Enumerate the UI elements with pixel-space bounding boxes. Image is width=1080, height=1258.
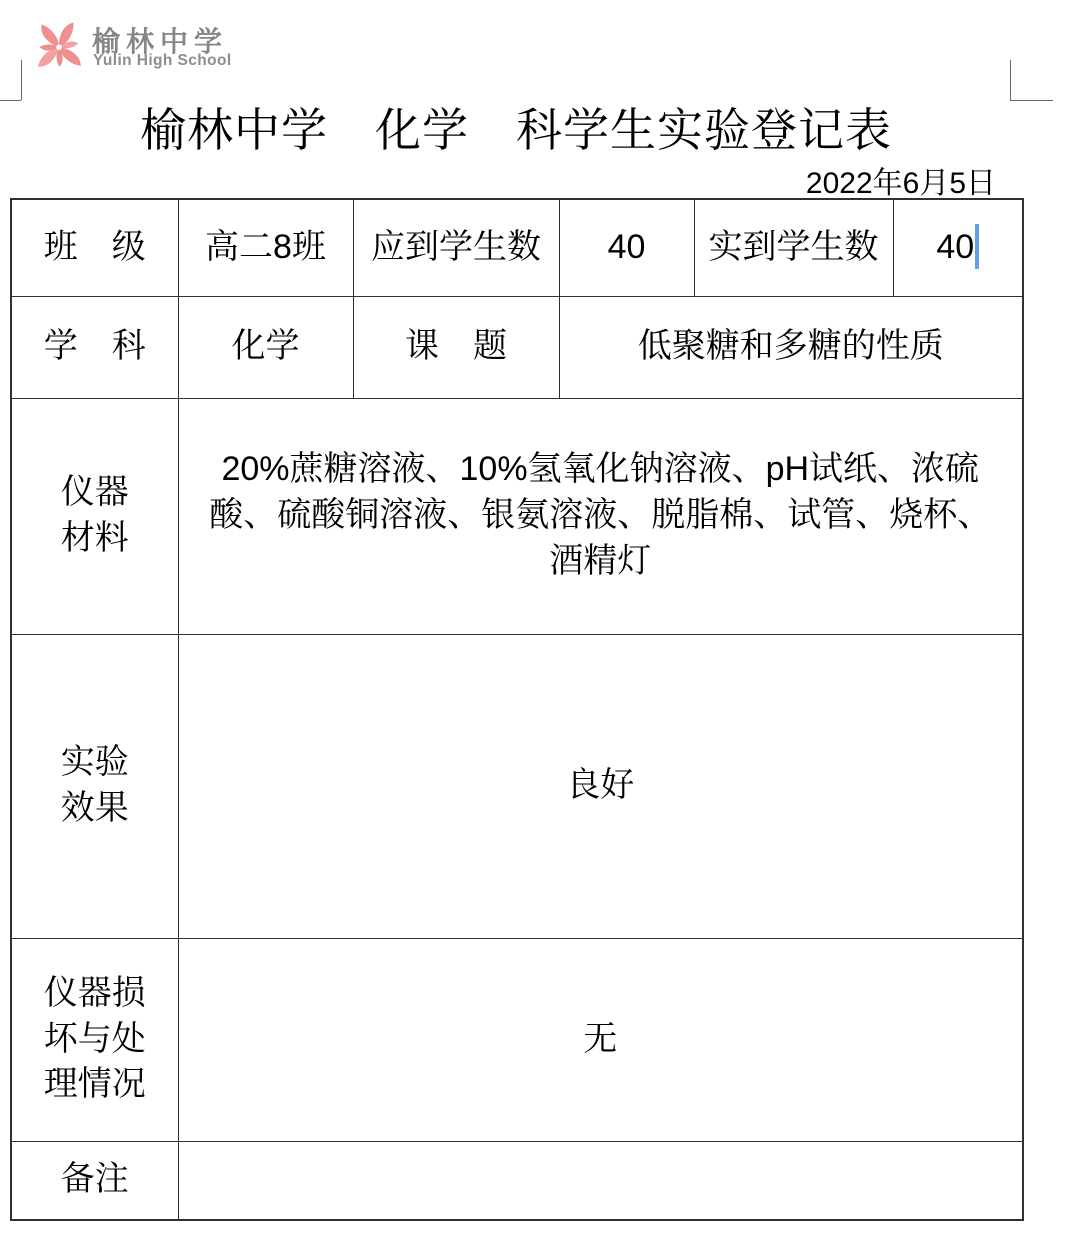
margin-mark-left-horizontal	[0, 100, 21, 101]
page-title: 榆林中学 化学 科学生实验登记表	[22, 94, 1010, 160]
subject-label-cell: 学 科	[11, 296, 178, 398]
remarks-label-cell: 备注	[11, 1141, 178, 1220]
topic-label-cell: 课 题	[353, 296, 559, 398]
expected-students-value-cell[interactable]: 40	[559, 199, 694, 296]
margin-mark-right-horizontal	[1010, 100, 1053, 101]
document-date: 2022年6月5日	[22, 158, 996, 202]
table-row-class: 班 级 高二8班 应到学生数 40 实到学生数 40	[11, 199, 1023, 296]
actual-students-value-cell[interactable]: 40	[893, 199, 1023, 296]
school-name-english: Yulin High School	[93, 52, 232, 70]
materials-label-cell: 仪器 材料	[11, 398, 178, 634]
margin-mark-right-vertical	[1010, 60, 1011, 100]
class-value-cell[interactable]: 高二8班	[178, 199, 353, 296]
school-logo-pinwheel-icon	[28, 14, 90, 78]
subject-value-cell[interactable]: 化学	[178, 296, 353, 398]
actual-students-label-cell: 实到学生数	[694, 199, 893, 296]
materials-value-cell[interactable]: 20%蔗糖溶液、10%氢氧化钠溶液、pH试纸、浓硫 酸、硫酸铜溶液、银氨溶液、脱…	[178, 398, 1023, 634]
remarks-value-cell[interactable]	[178, 1141, 1023, 1220]
effect-label-cell: 实验 效果	[11, 634, 178, 938]
class-label-cell: 班 级	[11, 199, 178, 296]
text-caret	[975, 224, 979, 269]
table-row-materials: 仪器 材料 20%蔗糖溶液、10%氢氧化钠溶液、pH试纸、浓硫 酸、硫酸铜溶液、…	[11, 398, 1023, 634]
topic-value-cell[interactable]: 低聚糖和多糖的性质	[559, 296, 1023, 398]
table-row-remarks: 备注	[11, 1141, 1023, 1220]
experiment-registration-table: 班 级 高二8班 应到学生数 40 实到学生数 40 学 科 化学 课 题 低聚…	[10, 198, 1024, 1221]
expected-students-label-cell: 应到学生数	[353, 199, 559, 296]
damage-label-cell: 仪器损 坏与处 理情况	[11, 938, 178, 1141]
actual-students-value: 40	[936, 228, 974, 266]
table-row-damage: 仪器损 坏与处 理情况 无	[11, 938, 1023, 1141]
table-row-effect: 实验 效果 良好	[11, 634, 1023, 938]
effect-value-cell[interactable]: 良好	[178, 634, 1023, 938]
damage-value-cell[interactable]: 无	[178, 938, 1023, 1141]
table-row-subject: 学 科 化学 课 题 低聚糖和多糖的性质	[11, 296, 1023, 398]
